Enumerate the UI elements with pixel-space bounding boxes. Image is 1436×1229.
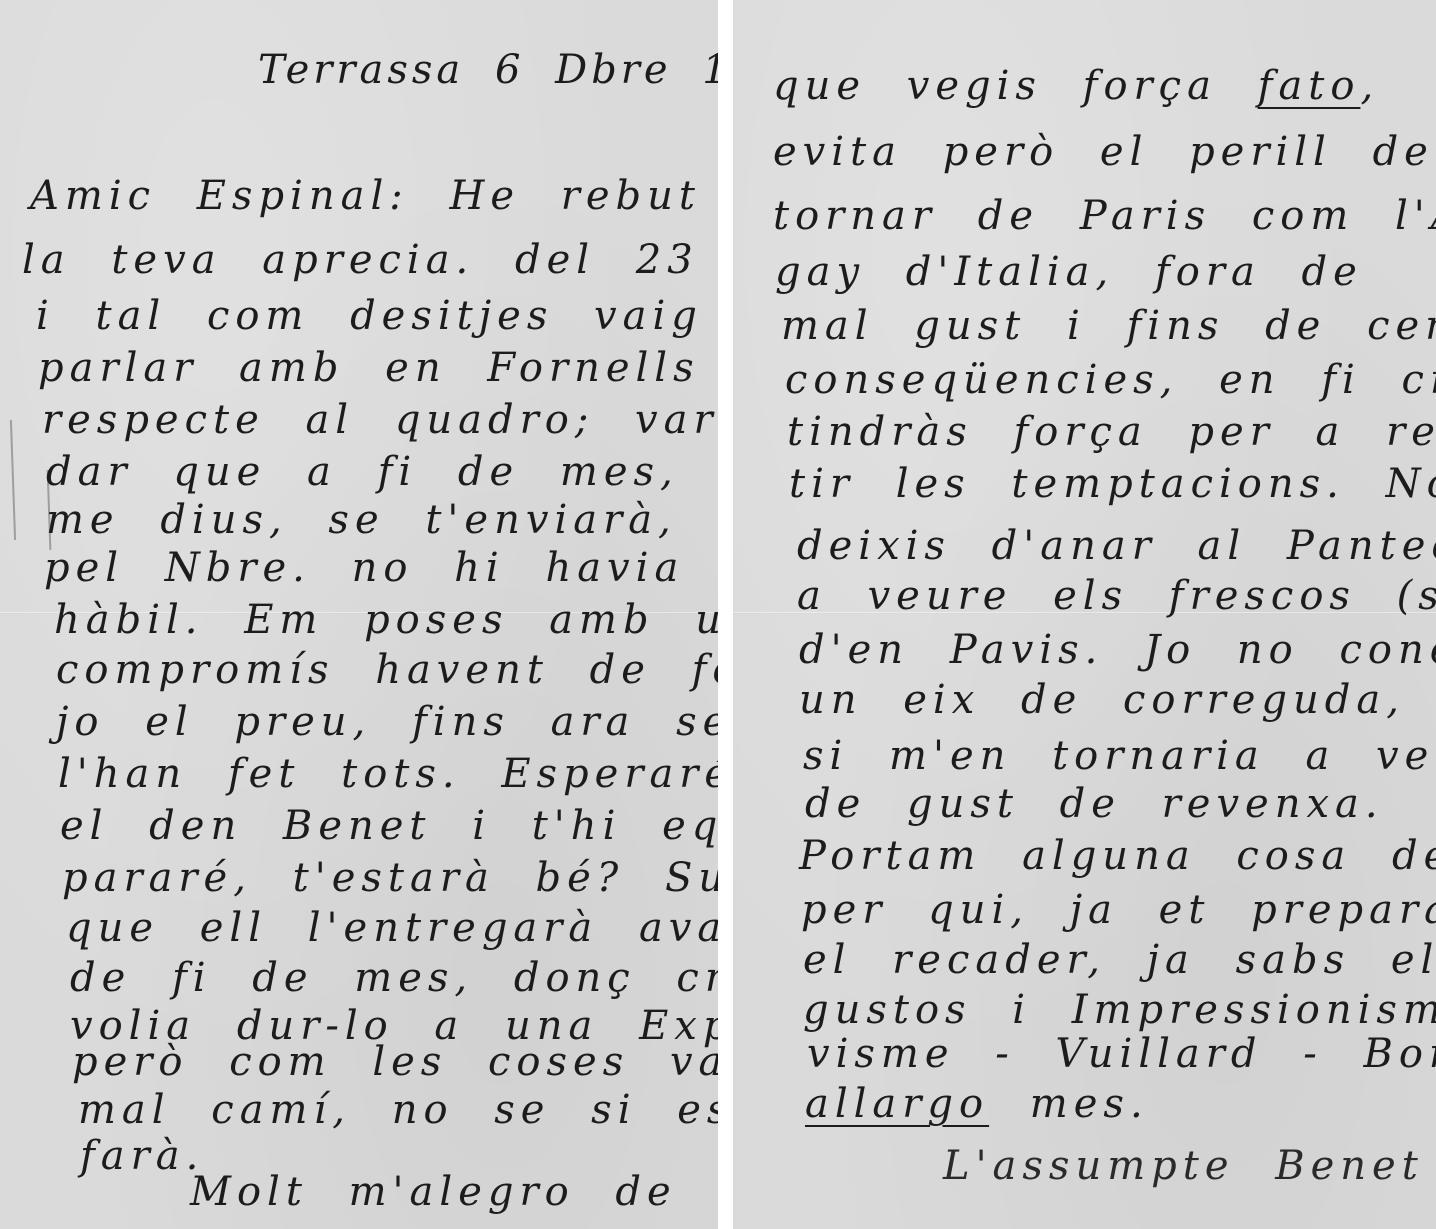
letter-line: allargo mes. bbox=[805, 1084, 1149, 1124]
letter-line: pel Nbre. no hi havia temps bbox=[44, 548, 718, 588]
letter-line: respecte al quadro; varem que- bbox=[42, 400, 718, 440]
letter-date-header: Terrassa 6 Dbre 1919 bbox=[258, 50, 718, 90]
letter-line: deixis d'anar al Panteon bbox=[797, 526, 1436, 566]
letter-line: conseqüencies, en fi crec bbox=[785, 360, 1436, 400]
letter-line: d'en Pavis. Jo no conec bbox=[799, 630, 1436, 670]
letter-line: hàbil. Em poses amb un bbox=[54, 600, 718, 640]
letter-line: un eix de correguda, així bbox=[799, 680, 1436, 720]
letter-line: me dius, se t'enviarà, donç bbox=[46, 500, 718, 540]
letter-line: si m'en tornaria a venir bbox=[803, 736, 1436, 776]
underlined-word: fato bbox=[1258, 63, 1361, 109]
letter-page-2: que vegis força fato, evita però el peri… bbox=[733, 0, 1436, 1229]
letter-line: dar que a fi de mes, com bbox=[46, 452, 718, 492]
letter-line: de gust de revenxa. bbox=[805, 784, 1384, 824]
letter-line: gay d'Italia, fora de bbox=[775, 252, 1363, 292]
letter-line: a veure els frescos (sic) bbox=[797, 576, 1436, 616]
letter-line: el den Benet i t'hi equi- bbox=[60, 806, 718, 846]
letter-line: que ell l'entregarà avans bbox=[66, 908, 718, 948]
letter-line: evita però el perill de bbox=[773, 132, 1434, 172]
letter-line: compromís havent de fer bbox=[56, 650, 718, 690]
underlined-word: allargo bbox=[805, 1081, 989, 1127]
letter-line: el recader, ja sabs els meus bbox=[803, 940, 1436, 980]
letter-line: l'han fet tots. Esperaré bbox=[58, 754, 718, 794]
letter-line: visme - Vuillard - Bonnard. No bbox=[807, 1034, 1436, 1074]
letter-line: però com les coses van per bbox=[72, 1042, 718, 1082]
letter-line: tindràs força per a resis- bbox=[787, 412, 1436, 452]
letter-line: la teva aprecia. del 23 passat bbox=[22, 240, 718, 280]
paper-crease bbox=[10, 420, 16, 540]
letter-line: jo el preu, fins ara se bbox=[56, 702, 718, 742]
letter-line: i tal com desitjes vaig bbox=[36, 296, 703, 336]
letter-line: tornar de Paris com l'Ara- bbox=[773, 196, 1436, 236]
letter-line: mal gust i fins de certes bbox=[781, 306, 1436, 346]
letter-line-text: , bbox=[1360, 63, 1379, 109]
signature: L'assumpte Benet bbox=[943, 1146, 1424, 1186]
letter-line: gustos i Impressionisme - Fau- bbox=[803, 990, 1436, 1030]
letter-line-text: que vegis força bbox=[773, 63, 1258, 109]
letter-line-text: mes. bbox=[989, 1081, 1149, 1127]
letter-line: per qui, ja et prepararé bbox=[801, 890, 1436, 930]
letter-line: tir les temptacions. No bbox=[789, 464, 1436, 504]
letter-page-1: Terrassa 6 Dbre 1919 Amic Espinal: He re… bbox=[0, 0, 718, 1229]
letter-line: Molt m'alegro de bbox=[190, 1172, 677, 1212]
letter-line: Portam alguna cosa de bbox=[799, 836, 1436, 876]
letter-line: farà. bbox=[80, 1136, 204, 1176]
letter-line: de fi de mes, donç crec bbox=[70, 958, 718, 998]
letter-line: que vegis força fato, bbox=[773, 66, 1379, 106]
letter-line: pararé, t'estarà bé? Suposo bbox=[62, 858, 718, 898]
letter-line: parlar amb en Fornells bbox=[38, 348, 700, 388]
letter-line: mal camí, no se si es bbox=[78, 1090, 718, 1130]
letter-line: Amic Espinal: He rebut bbox=[30, 176, 701, 216]
